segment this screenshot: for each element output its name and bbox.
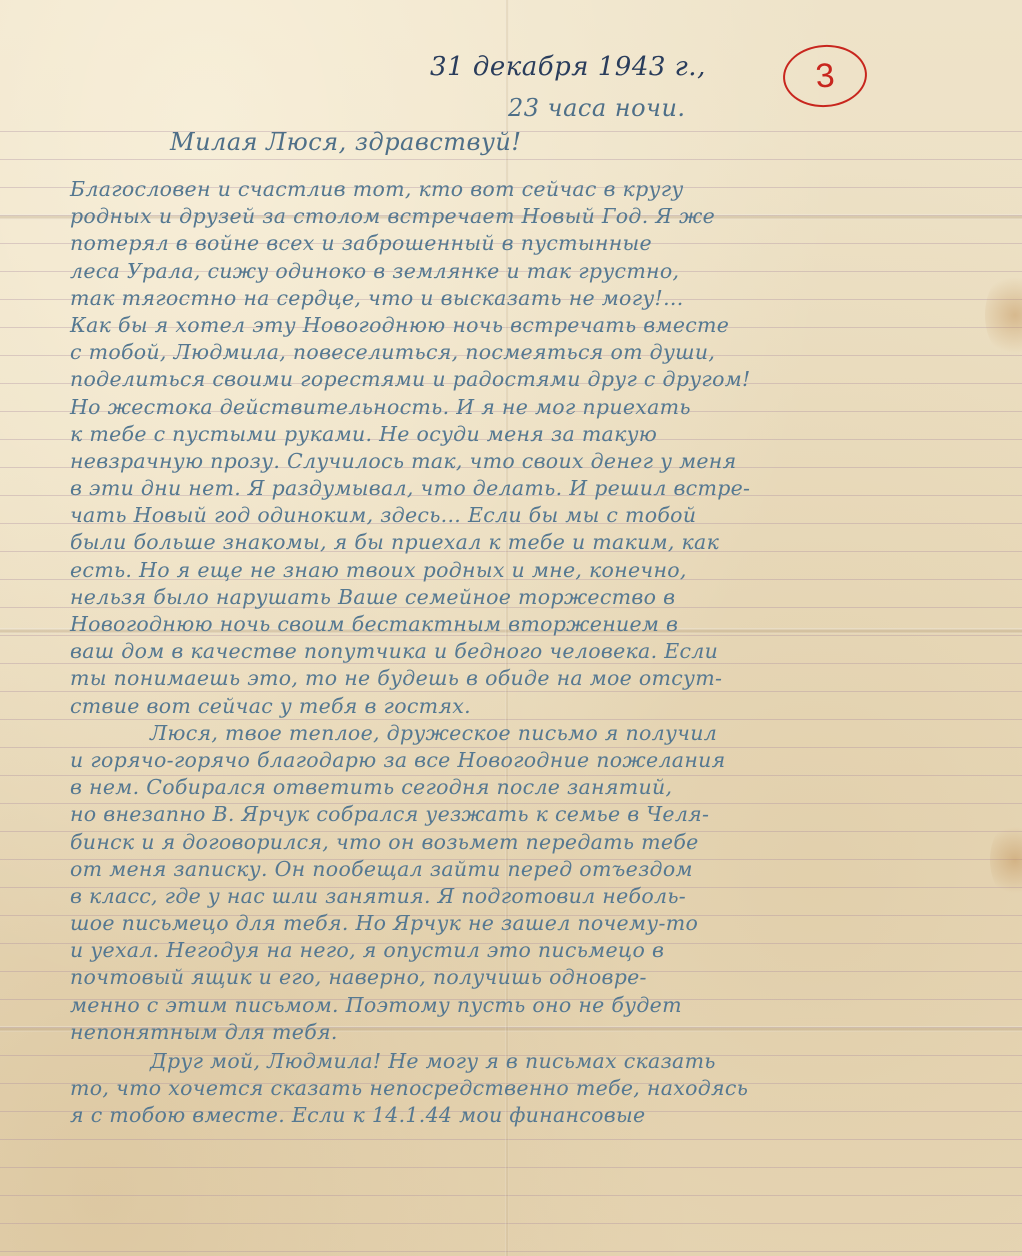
body-line: леса Урала, сижу одиноко в землянке и та… bbox=[70, 258, 1020, 285]
letter-time: 23 часа ночи. bbox=[508, 94, 686, 122]
letter-date: 31 декабря 1943 г., bbox=[430, 52, 706, 82]
body-line: потерял в войне всех и заброшенный в пус… bbox=[70, 230, 1020, 257]
body-line: невзрачную прозу. Случилось так, что сво… bbox=[70, 448, 1020, 475]
body-line: ствие вот сейчас у тебя в гостях. bbox=[70, 693, 1020, 720]
body-line: и уехал. Негодуя на него, я опустил это … bbox=[70, 937, 1020, 964]
body-line: родных и друзей за столом встречает Новы… bbox=[70, 203, 1020, 230]
body-line-paragraph-start: Друг мой, Людмила! Не могу я в письмах с… bbox=[70, 1048, 1020, 1075]
body-line: так тягостно на сердце, что и высказать … bbox=[70, 285, 1020, 312]
body-line: Новогоднюю ночь своим бестактным вторжен… bbox=[70, 611, 1020, 638]
body-line: ты понимаешь это, то не будешь в обиде н… bbox=[70, 665, 1020, 692]
body-line: от меня записку. Он пообещал зайти перед… bbox=[70, 856, 1020, 883]
body-line: чать Новый год одиноким, здесь... Если б… bbox=[70, 502, 1020, 529]
body-line: к тебе с пустыми руками. Не осуди меня з… bbox=[70, 421, 1020, 448]
body-line-paragraph-start: Люся, твое теплое, дружеское письмо я по… bbox=[70, 720, 1020, 747]
letter-greeting: Милая Люся, здравствуй! bbox=[170, 128, 522, 156]
body-line: Но жестока действительность. И я не мог … bbox=[70, 394, 1020, 421]
body-line: в нем. Собирался ответить сегодня после … bbox=[70, 774, 1020, 801]
body-line: непонятным для тебя. bbox=[70, 1019, 1020, 1046]
body-line: я с тобою вместе. Если к 14.1.44 мои фин… bbox=[70, 1102, 1020, 1129]
body-line: в эти дни нет. Я раздумывал, что делать.… bbox=[70, 475, 1020, 502]
body-line: и горячо-горячо благодарю за все Новогод… bbox=[70, 747, 1020, 774]
letter-body: Благословен и счастлив тот, кто вот сейч… bbox=[70, 176, 1020, 1130]
body-line: Как бы я хотел эту Новогоднюю ночь встре… bbox=[70, 312, 1020, 339]
letter-page: 31 декабря 1943 г., 23 часа ночи. 3 Мила… bbox=[0, 0, 1022, 1256]
body-line: почтовый ящик и его, наверно, получишь о… bbox=[70, 964, 1020, 991]
body-line: есть. Но я еще не знаю твоих родных и мн… bbox=[70, 557, 1020, 584]
body-line: с тобой, Людмила, повеселиться, посмеять… bbox=[70, 339, 1020, 366]
body-line: то, что хочется сказать непосредственно … bbox=[70, 1075, 1020, 1102]
body-line: менно с этим письмом. Поэтому пусть оно … bbox=[70, 992, 1020, 1019]
body-line: поделиться своими горестями и радостями … bbox=[70, 366, 1020, 393]
body-line: бинск и я договорился, что он возьмет пе… bbox=[70, 829, 1020, 856]
body-line: но внезапно В. Ярчук собрался уезжать к … bbox=[70, 801, 1020, 828]
body-line: шое письмецо для тебя. Но Ярчук не зашел… bbox=[70, 910, 1020, 937]
body-line: в класс, где у нас шли занятия. Я подгот… bbox=[70, 883, 1020, 910]
body-line: были больше знакомы, я бы приехал к тебе… bbox=[70, 529, 1020, 556]
page-number-mark: 3 bbox=[781, 42, 869, 110]
body-line: ваш дом в качестве попутчика и бедного ч… bbox=[70, 638, 1020, 665]
body-line: нельзя было нарушать Ваше семейное торже… bbox=[70, 584, 1020, 611]
body-line: Благословен и счастлив тот, кто вот сейч… bbox=[70, 176, 1020, 203]
